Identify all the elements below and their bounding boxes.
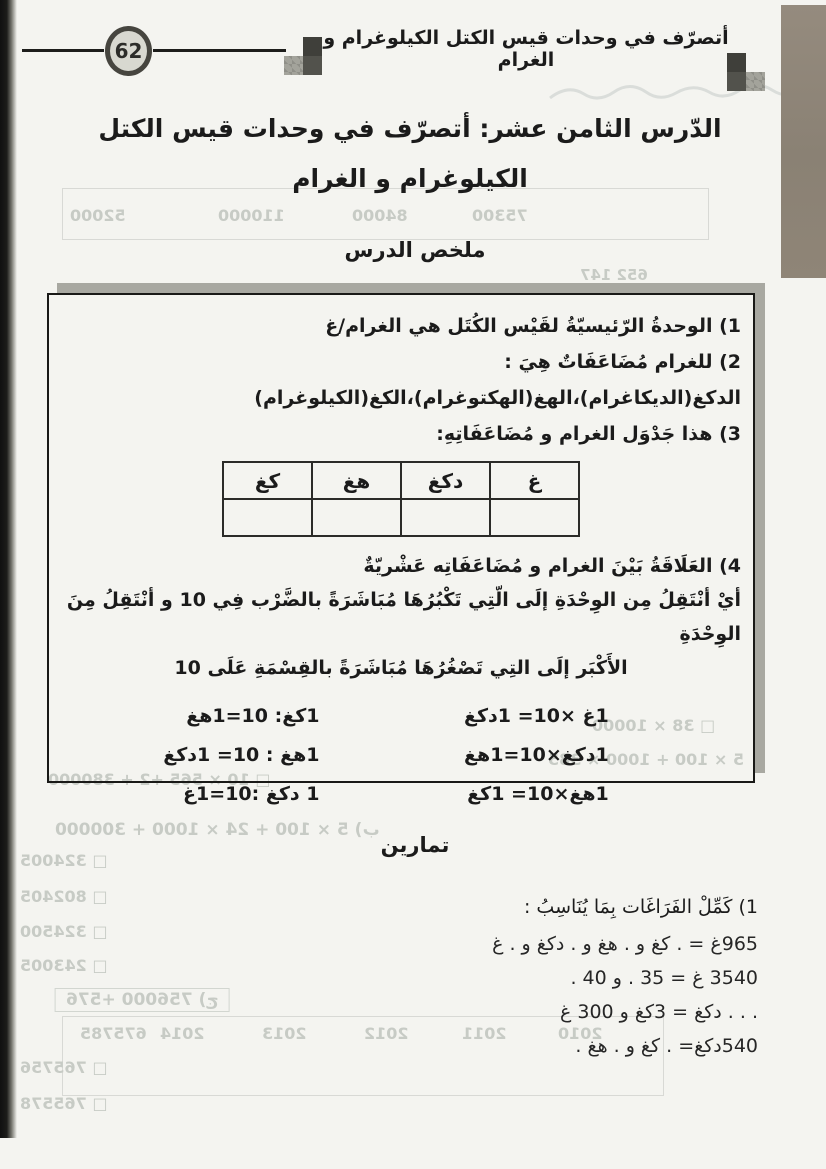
summary-point-3: 3) هذا جَدْوَل الغرام و مُضَاعَفَاتِهِ: [61,416,741,452]
exercises-heading: تمارين [90,833,740,857]
lesson-title: الدّرس الثامن عشر: أتصرّف في وحدات قيس ا… [80,104,740,204]
bleed-number: 84000 [352,206,408,225]
page-number: 62 [115,39,143,63]
units-table-empty-row [223,499,579,536]
scanned-textbook-page: 62 أتصرّف في وحدات قيس الكتل الكيلوغرام … [0,0,826,1169]
units-table-header-row: غ دكغ هغ كغ [223,462,579,499]
running-header-title: أتصرّف في وحدات قيس الكتل الكيلوغرام و ا… [321,27,731,71]
header-rule-left [22,49,104,52]
exercise-1-line2: 3540 غ = 35 . و 40 . [570,967,758,989]
bleed-number: 75300 [472,206,528,225]
squares-motif-icon [727,52,765,93]
unit-cell-decagram: دكغ [401,462,490,499]
summary-point-4: 4) العَلَاقَةُ بَيْنَ الغرام و مُضَاعَفَ… [61,549,741,685]
equation: 1غ ×10= 1دكغ [464,705,609,727]
bleed-answer: 675785 [80,1024,147,1043]
bleed-answer: 765578 □ [20,1094,107,1113]
equations-divide-column: 1كغ: 10=1هغ 1هغ : 10= 1دكغ 1 دكغ :10=1غ [163,705,319,805]
unit-cell-gram: غ [490,462,579,499]
bleed-number: 110000 [218,206,285,225]
bleed-year: 2014 [160,1024,205,1043]
bleed-year: 2011 [462,1024,507,1043]
bleed-year: 2012 [364,1024,409,1043]
bleed-answer: 324500 □ [20,922,107,941]
page-number-badge: 62 [105,26,152,76]
equation: 1هغ×10= 1كغ [464,783,609,805]
summary-point-4-line2: أيْ أنْتَقِلُ مِن الوِحْدَةِ إلَى الّتِي… [61,583,741,651]
exercise-1-label: 1) كَمِّلْ الفَرَاغَات بِمَا يُنَاسِبُ : [524,896,758,918]
unit-cell-hectogram: هغ [312,462,401,499]
equation: 1 دكغ :10=1غ [163,783,319,805]
unit-cell-kilogram: كغ [223,462,312,499]
exercise-1-line3: . . . دكغ = 3كغ و 300 غ [560,1001,758,1023]
lesson-summary-box: 1) الوحدةُ الرّئيسيّةُ لقَيْس الكُتَل هي… [47,293,755,783]
squares-motif-icon [284,36,322,77]
summary-point-2-detail: الدكغ(الديكاغرام)،الهغ(الهكتوغرام)،الكغ(… [61,380,741,416]
exercise-1-line1: 965غ = . كغ و . هغ و . دكغ و . غ [492,933,758,955]
lesson-title-line2: الكيلوغرام و الغرام [80,154,740,204]
summary-point-2: 2) للغرام مُضَاعَفَاتٌ هِيَ : [61,344,741,380]
equation: 1كغ: 10=1هغ [163,705,319,727]
summary-heading: ملخص الدرس [90,238,740,262]
bleed-number: 147 652 [580,266,648,284]
summary-point-4-line1: 4) العَلَاقَةُ بَيْنَ الغرام و مُضَاعَفَ… [61,549,741,583]
bleed-answer: 765756 □ [20,1058,107,1077]
conversion-equations: 1غ ×10= 1دكغ 1دكغ×10=1هغ 1هغ×10= 1كغ 1كغ… [61,705,741,805]
equation: 1دكغ×10=1هغ [464,744,609,766]
bleed-answer: 576+ 756000 (ج [55,988,230,1012]
equations-multiply-column: 1غ ×10= 1دكغ 1دكغ×10=1هغ 1هغ×10= 1كغ [464,705,609,805]
scan-left-edge [0,0,17,1138]
scan-right-band [781,5,826,278]
bleed-year: 2013 [262,1024,307,1043]
header-rule-right [153,49,286,52]
summary-point-1: 1) الوحدةُ الرّئيسيّةُ لقَيْس الكُتَل هي… [61,308,741,344]
equation: 1هغ : 10= 1دكغ [163,744,319,766]
exercise-1-line4: 540دكغ= . كغ و . هغ . [575,1035,758,1057]
summary-point-4-line3: الأَكْبَر إلَى التِي تَصْغُرُهَا مُبَاشَ… [61,651,741,685]
units-table: غ دكغ هغ كغ [222,461,580,537]
bleed-number: 52000 [70,206,126,225]
bleed-answer: 243005 □ [20,956,107,975]
lesson-title-line1: الدّرس الثامن عشر: أتصرّف في وحدات قيس ا… [80,104,740,154]
bleed-answer: 802405 □ [20,887,107,906]
